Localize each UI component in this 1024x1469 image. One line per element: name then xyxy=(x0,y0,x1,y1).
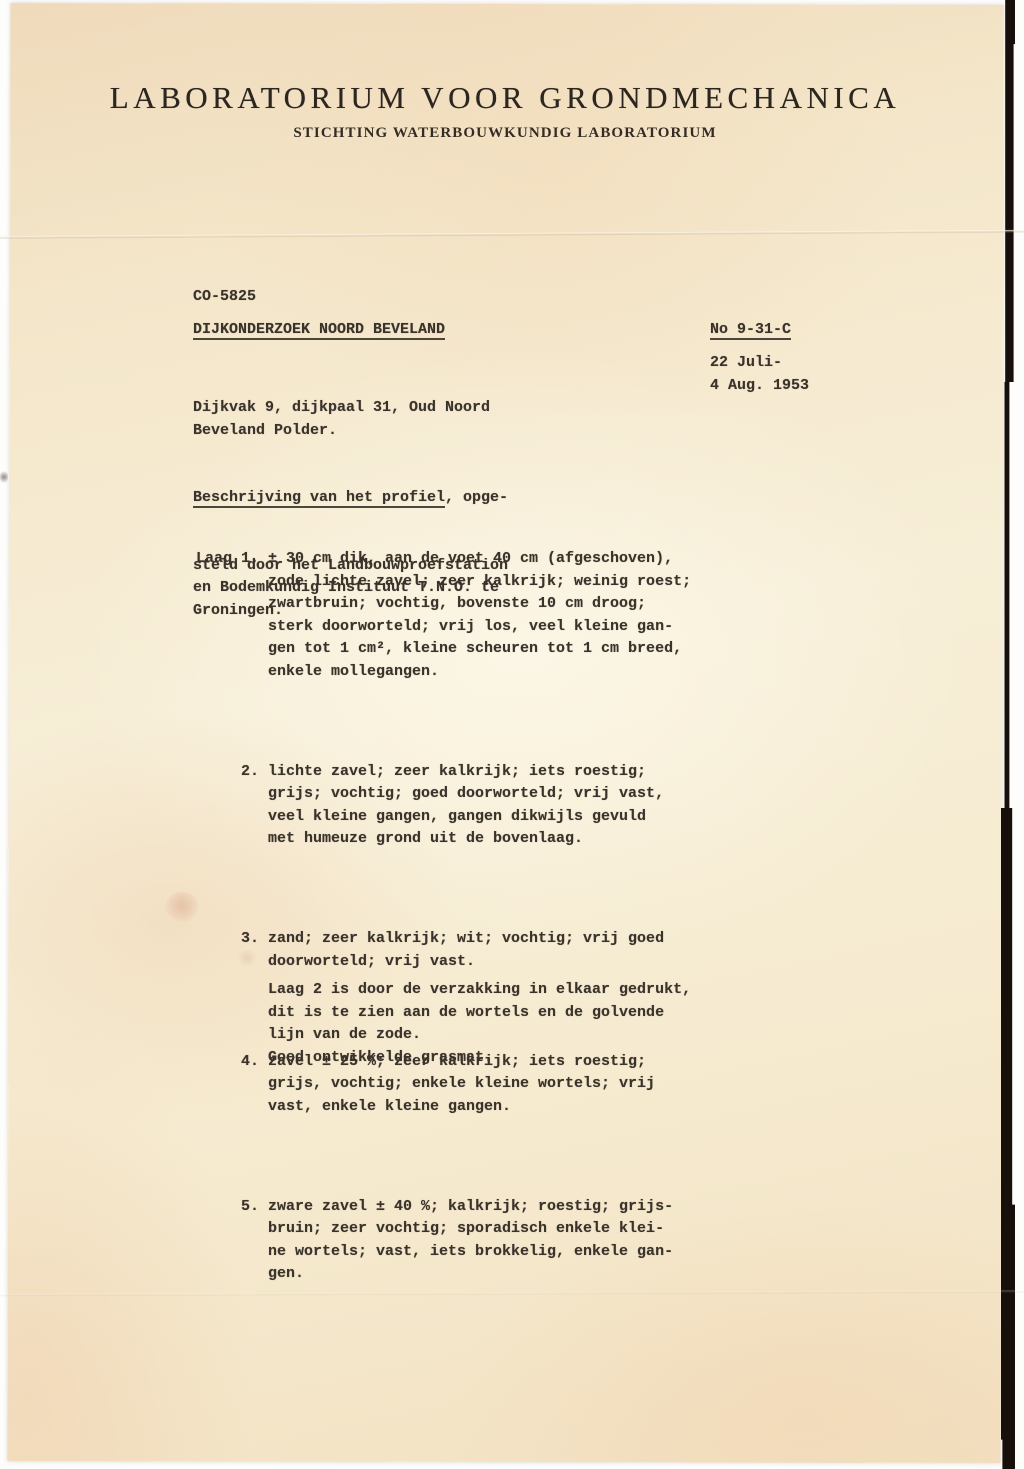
text-line: zware zavel ± 40 %; kalkrijk; roestig; g… xyxy=(268,1196,673,1219)
layer-text: zware zavel ± 40 %; kalkrijk; roestig; g… xyxy=(268,1196,673,1286)
text-line: ± 30 cm dik, aan de voet 40 cm (afgescho… xyxy=(268,548,691,571)
text-line: Goed ontwikkelde grasmat. xyxy=(268,1047,691,1070)
text-line: zand; zeer kalkrijk; wit; vochtig; vrij … xyxy=(268,928,664,951)
location-lines: Dijkvak 9, dijkpaal 31, Oud NoordBevelan… xyxy=(193,397,508,442)
layer-label: 5. xyxy=(193,1196,259,1286)
report-number-text: No 9-31-C xyxy=(710,321,791,340)
text-line: vast, enkele kleine gangen. xyxy=(268,1096,655,1119)
closing-remarks: Laag 2 is door de verzakking in elkaar g… xyxy=(268,979,691,1069)
text-line: veel kleine gangen, gangen dikwijls gevu… xyxy=(268,806,664,829)
text-line: 4 Aug. 1953 xyxy=(710,375,809,398)
scanned-document-page: { "colors": { "paper": "#f5e9cd", "ink":… xyxy=(0,0,1024,1469)
text-line: Dijkvak 9, dijkpaal 31, Oud Noord xyxy=(193,397,508,420)
layer-item: 3. zand; zeer kalkrijk; wit; vochtig; vr… xyxy=(193,928,691,973)
text-line: Laag 2 is door de verzakking in elkaar g… xyxy=(268,979,691,1002)
layer-label: Laag 1. xyxy=(193,548,259,683)
letterhead-subtitle: STICHTING WATERBOUWKUNDIG LABORATORIUM xyxy=(0,125,1010,142)
scan-dark-edge xyxy=(1001,0,1015,1469)
text-line: zode lichte zavel; zeer kalkrijk; weinig… xyxy=(268,571,691,594)
text-line: dit is te zien aan de wortels en de golv… xyxy=(268,1002,691,1025)
layer-item: Laag 1. ± 30 cm dik, aan de voet 40 cm (… xyxy=(193,548,691,683)
text-line: enkele mollegangen. xyxy=(268,661,691,684)
text-line: lichte zavel; zeer kalkrijk; iets roesti… xyxy=(268,761,664,784)
text-line: met humeuze grond uit de bovenlaag. xyxy=(268,828,664,851)
layer-label: 3. xyxy=(193,928,259,973)
layer-item: 5. zware zavel ± 40 %; kalkrijk; roestig… xyxy=(193,1196,691,1286)
layer-label: 2. xyxy=(193,761,259,851)
letterhead-title: LABORATORIUM VOOR GRONDMECHANICA xyxy=(0,80,1010,116)
text-line: doorworteld; vrij vast. xyxy=(268,951,664,974)
text-line: zwartbruin; vochtig, bovenste 10 cm droo… xyxy=(268,593,691,616)
text-line: Beveland Polder. xyxy=(193,420,508,443)
text-line: bruin; zeer vochtig; sporadisch enkele k… xyxy=(268,1218,673,1241)
date-range: 22 Juli-4 Aug. 1953 xyxy=(710,352,809,397)
layer-item: 2. lichte zavel; zeer kalkrijk; iets roe… xyxy=(193,761,691,851)
layer-text: zand; zeer kalkrijk; wit; vochtig; vrij … xyxy=(268,928,664,973)
report-number: No 9-31-C xyxy=(710,319,791,342)
subject-title: DIJKONDERZOEK NOORD BEVELAND xyxy=(193,319,445,342)
layer-text: ± 30 cm dik, aan de voet 40 cm (afgescho… xyxy=(268,548,691,683)
text-line: gen. xyxy=(268,1263,673,1286)
text-line: 22 Juli- xyxy=(710,352,809,375)
text-line: gen tot 1 cm², kleine scheuren tot 1 cm … xyxy=(268,638,691,661)
text-line: ne wortels; vast, iets brokkelig, enkele… xyxy=(268,1241,673,1264)
layer-label: 4. xyxy=(193,1051,259,1119)
text-line: grijs; vochtig; goed doorworteld; vrij v… xyxy=(268,783,664,806)
layer-list: Laag 1. ± 30 cm dik, aan de voet 40 cm (… xyxy=(193,503,691,1318)
letterhead: LABORATORIUM VOOR GRONDMECHANICA STICHTI… xyxy=(0,80,1010,142)
edge-mark xyxy=(0,470,8,484)
reference-code: CO-5825 xyxy=(193,286,256,309)
subject-title-text: DIJKONDERZOEK NOORD BEVELAND xyxy=(193,321,445,340)
text-line: sterk doorworteld; vrij los, veel kleine… xyxy=(268,616,691,639)
text-line: lijn van de zode. xyxy=(268,1024,691,1047)
layer-text: lichte zavel; zeer kalkrijk; iets roesti… xyxy=(268,761,664,851)
text-line: grijs, vochtig; enkele kleine wortels; v… xyxy=(268,1073,655,1096)
